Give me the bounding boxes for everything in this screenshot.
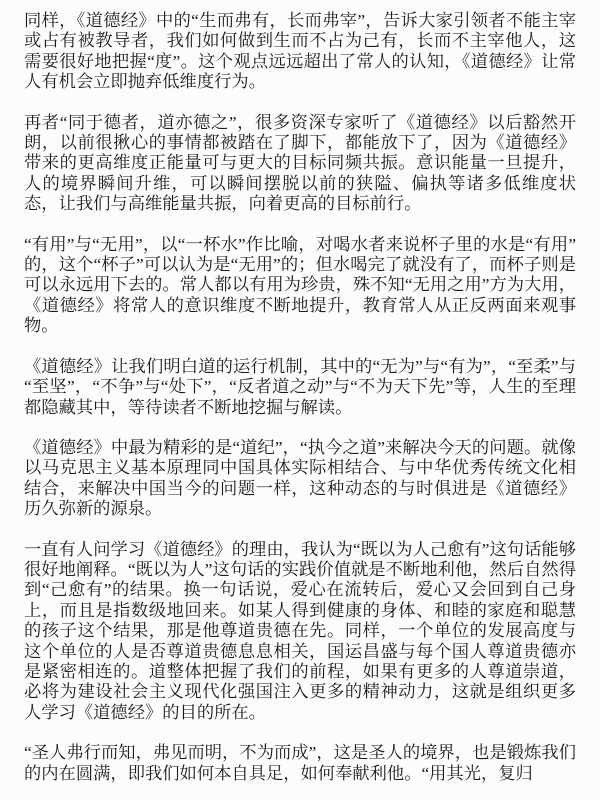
paragraph-7-truncated: “圣人弗行而知，弗见而明，不为而成”，这是圣人的境界，也是锻炼我们的内在圆满，即… xyxy=(24,743,576,784)
paragraph-3: “有用”与“无用”，以“一杯水”作比喻，对喝水者来说杯子里的水是“有用”的，这个… xyxy=(24,235,576,337)
paragraph-2: 再者“同于德者，道亦德之”，很多资深专家听了《道德经》以后豁然开朗，以前很揪心的… xyxy=(24,113,576,215)
paragraph-4: 《道德经》让我们明白道的运行机制，其中的“无为”与“有为”，“至柔”与“至坚”，… xyxy=(24,357,576,418)
paragraph-5: 《道德经》中最为精彩的是“道纪”，“执今之道”来解决今天的问题。就像以马克思主义… xyxy=(24,438,576,520)
document-page: 同样，《道德经》中的“生而弗有，长而弗宰”，告诉大家引领者不能主宰或占有被教导者… xyxy=(0,0,600,800)
paragraph-1: 同样，《道德经》中的“生而弗有，长而弗宰”，告诉大家引领者不能主宰或占有被教导者… xyxy=(24,11,576,93)
paragraph-6: 一直有人问学习《道德经》的理由，我认为“既以为人己愈有”这句话能够很好地阐释。“… xyxy=(24,540,576,724)
